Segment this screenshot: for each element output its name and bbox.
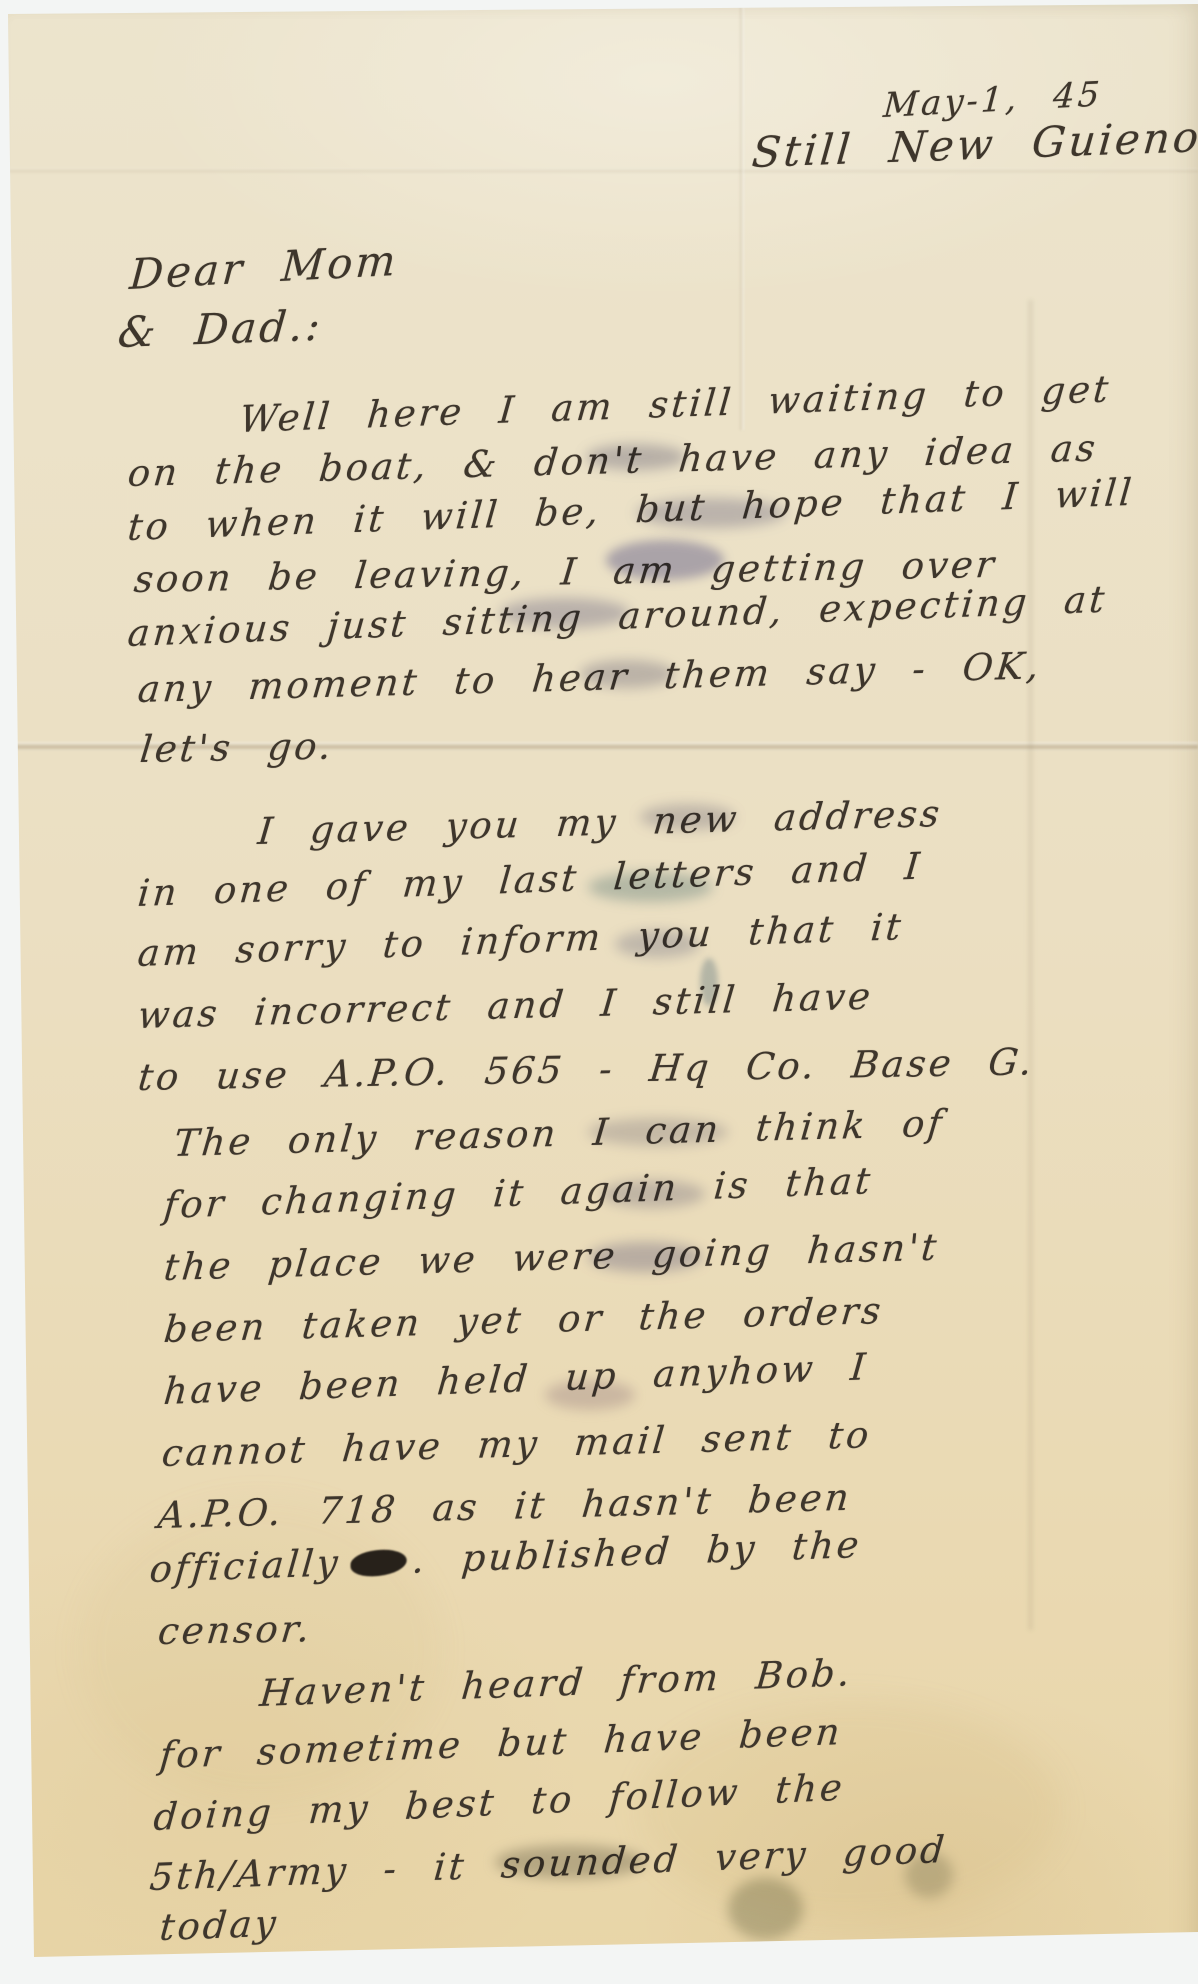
horizontal-crease-top [0,168,1198,174]
handwritten-line: the place we were going hasn't [162,1226,941,1289]
letter-paper: May-1, 45 Still New Guieno Dear Mom & Da… [0,0,1198,1984]
handwritten-line: any moment to hear them say - OK, [136,644,1043,711]
handwritten-line: let's go. [138,725,336,771]
letter-location: Still New Guieno [750,112,1198,177]
gray-smudge [728,1878,803,1940]
censored-line-before: officially [148,1541,342,1591]
handwritten-line: today [158,1902,281,1949]
scanned-letter-scene: May-1, 45 Still New Guieno Dear Mom & Da… [0,0,1198,1984]
handwritten-line: doing my best to follow the [152,1766,847,1839]
handwritten-line: to use A.P.O. 565 - Hq Co. Base G. [136,1040,1037,1099]
handwritten-line: cannot have my mail sent to [160,1413,874,1475]
ink-blot-redaction [350,1547,407,1579]
handwritten-line: have been held up anyhow I [162,1345,870,1413]
handwritten-line: for changing it again is that [162,1159,875,1227]
censored-line-after: . published by the [411,1523,864,1582]
handwritten-line: for sometime but have been [158,1710,844,1777]
handwritten-line: The only reason I can think of [172,1102,946,1165]
handwritten-line: I gave you my new address [256,792,944,853]
handwritten-line: in one of my last letters and I [136,844,924,915]
handwritten-line: censor. [156,1607,315,1653]
salutation-line: & Dad.: [116,301,325,357]
handwritten-line: am sorry to inform you that it [136,905,905,975]
salutation-line: Dear Mom [128,236,400,299]
vertical-crease-top [740,0,744,430]
handwritten-line: Haven't heard from Bob. [258,1651,855,1715]
handwritten-line: 5th/Army - it sounded very good [148,1828,949,1899]
handwritten-line: was incorrect and I still have [136,975,875,1037]
handwritten-line: been taken yet or the orders [162,1289,886,1351]
